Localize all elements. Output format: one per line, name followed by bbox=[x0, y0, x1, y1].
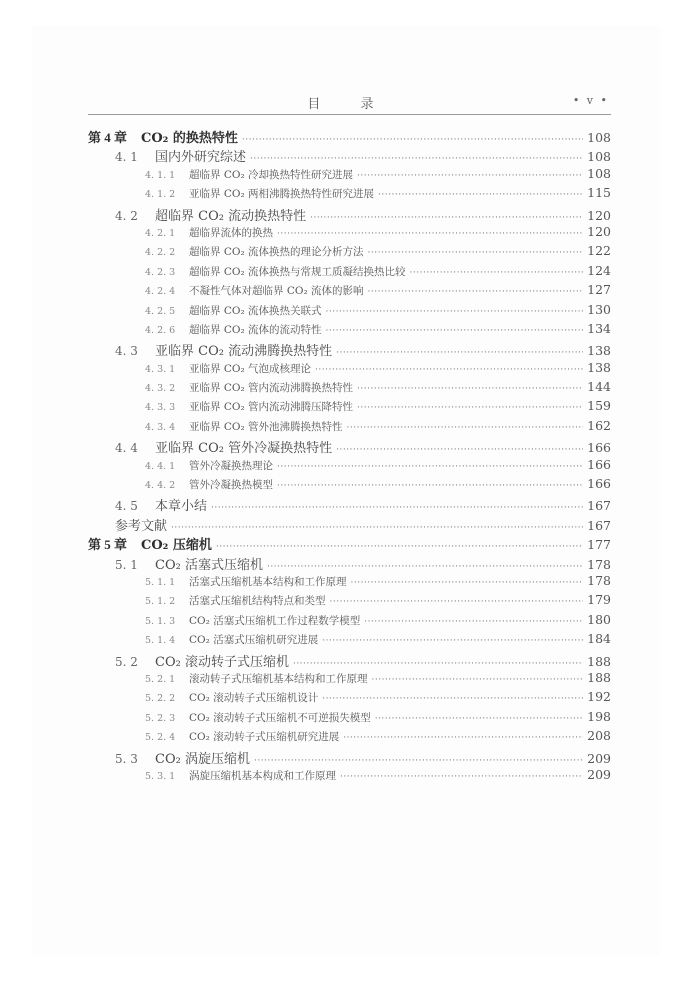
toc-number: 4. 5 bbox=[115, 499, 155, 513]
toc-number: 4. 1. 1 bbox=[145, 170, 189, 181]
toc-page-number: 134 bbox=[587, 321, 611, 336]
dot-leader bbox=[326, 307, 583, 317]
toc-subsection[interactable]: 4. 3. 1亚临界 CO₂ 气泡成核理论138 bbox=[88, 360, 611, 379]
toc-number: 4. 1. 2 bbox=[145, 189, 189, 200]
dot-leader bbox=[364, 617, 583, 627]
toc-title: 超临界 CO₂ 冷却换热特性研究进展 bbox=[189, 167, 353, 182]
header-page-number: • v • bbox=[573, 94, 609, 107]
dot-leader bbox=[357, 384, 583, 394]
toc-title: CO₂ 滚动转子式压缩机 bbox=[155, 651, 289, 670]
toc-number: 4. 2. 6 bbox=[145, 325, 189, 336]
toc-number: 4. 4. 1 bbox=[145, 461, 189, 472]
toc-number: 4. 1 bbox=[115, 150, 155, 164]
toc-number: 4. 3. 3 bbox=[145, 402, 189, 413]
toc-title: 亚临界 CO₂ 管外冷凝换热特性 bbox=[155, 437, 332, 456]
toc-number: 4. 3. 2 bbox=[145, 383, 189, 394]
dot-leader bbox=[171, 523, 583, 533]
toc-page-number: 144 bbox=[587, 379, 611, 394]
toc-title: CO₂ 涡旋压缩机 bbox=[155, 748, 250, 767]
toc-title: 本章小结 bbox=[155, 495, 207, 514]
toc-page-number: 209 bbox=[587, 751, 611, 766]
dot-leader bbox=[378, 190, 583, 200]
toc-title: CO₂ 的换热特性 bbox=[141, 127, 238, 146]
toc-number: 5. 3 bbox=[115, 752, 155, 766]
toc-page-number: 188 bbox=[587, 670, 611, 685]
dot-leader bbox=[368, 248, 583, 258]
toc-title: 超临界 CO₂ 流动换热特性 bbox=[155, 205, 306, 224]
toc-title: 参考文献 bbox=[115, 515, 167, 534]
toc-subsection[interactable]: 5. 2. 4CO₂ 滚动转子式压缩机研究进展208 bbox=[88, 728, 611, 747]
dot-leader bbox=[277, 229, 583, 239]
toc-page-number: 138 bbox=[587, 343, 611, 358]
dot-leader bbox=[343, 733, 583, 743]
toc-section[interactable]: 5. 1CO₂ 活塞式压缩机178 bbox=[88, 554, 611, 573]
dot-leader bbox=[250, 154, 583, 164]
toc-chapter[interactable]: 第 5 章CO₂ 压缩机177 bbox=[88, 534, 611, 553]
dot-leader bbox=[340, 772, 583, 782]
toc-title: 亚临界 CO₂ 管外池沸腾换热特性 bbox=[189, 419, 343, 434]
toc-page-number: 124 bbox=[587, 263, 611, 278]
toc-section[interactable]: 4. 5本章小结167 bbox=[88, 495, 611, 514]
dot-leader bbox=[326, 326, 583, 336]
dot-leader bbox=[277, 481, 583, 491]
toc-page-number: 162 bbox=[587, 418, 611, 433]
dot-leader bbox=[336, 445, 583, 455]
dot-leader bbox=[336, 348, 583, 358]
dot-leader bbox=[410, 268, 583, 278]
toc-title: 亚临界 CO₂ 流动沸腾换热特性 bbox=[155, 340, 332, 359]
toc-title: CO₂ 滚动转子式压缩机研究进展 bbox=[189, 729, 339, 744]
toc-subsection[interactable]: 4. 2. 3超临界 CO₂ 流体换热与常规工质凝结换热比较124 bbox=[88, 263, 611, 282]
toc-subsection[interactable]: 5. 2. 2CO₂ 滚动转子式压缩机设计192 bbox=[88, 689, 611, 708]
toc-subsection[interactable]: 4. 2. 1超临界流体的换热120 bbox=[88, 224, 611, 243]
dot-leader bbox=[322, 694, 583, 704]
toc-number: 4. 3. 4 bbox=[145, 422, 189, 433]
toc-subsection[interactable]: 4. 4. 1管外冷凝换热理论166 bbox=[88, 457, 611, 476]
toc-subsection[interactable]: 4. 2. 4不凝性气体对超临界 CO₂ 流体的影响127 bbox=[88, 282, 611, 301]
toc-title: 管外冷凝换热模型 bbox=[189, 477, 273, 492]
toc-number: 5. 3. 1 bbox=[145, 771, 189, 782]
toc-number: 5. 2. 2 bbox=[145, 693, 189, 704]
dot-leader bbox=[357, 171, 583, 181]
toc-page-number: 127 bbox=[587, 282, 611, 297]
toc-page-number: 184 bbox=[587, 631, 611, 646]
toc-subsection[interactable]: 4. 1. 1超临界 CO₂ 冷却换热特性研究进展108 bbox=[88, 166, 611, 185]
toc-number: 5. 1. 3 bbox=[145, 616, 189, 627]
dot-leader bbox=[277, 462, 583, 472]
toc-number: 5. 2. 1 bbox=[145, 674, 189, 685]
toc-page-number: 159 bbox=[587, 398, 611, 413]
toc-number: 第 5 章 bbox=[88, 534, 127, 553]
toc-page-number: 180 bbox=[587, 612, 611, 627]
toc-title: 超临界 CO₂ 流体换热关联式 bbox=[189, 303, 322, 318]
toc-title: 不凝性气体对超临界 CO₂ 流体的影响 bbox=[189, 283, 364, 298]
toc-title: CO₂ 滚动转子式压缩机设计 bbox=[189, 690, 318, 705]
dot-leader bbox=[372, 675, 584, 685]
toc-page-number: 166 bbox=[587, 457, 611, 472]
toc-title: CO₂ 压缩机 bbox=[141, 534, 212, 553]
toc-title: 超临界 CO₂ 流体的流动特性 bbox=[189, 322, 322, 337]
toc-number: 4. 3 bbox=[115, 344, 155, 358]
toc-subsection[interactable]: 4. 1. 2亚临界 CO₂ 两相沸腾换热特性研究进展115 bbox=[88, 185, 611, 204]
toc-section[interactable]: 4. 1国内外研究综述108 bbox=[88, 146, 611, 165]
toc-page-number: 115 bbox=[587, 185, 611, 200]
toc-subsection[interactable]: 4. 3. 3亚临界 CO₂ 管内流动沸腾压降特性159 bbox=[88, 398, 611, 417]
toc-number: 第 4 章 bbox=[88, 127, 127, 146]
toc-title: 管外冷凝换热理论 bbox=[189, 458, 273, 473]
dot-leader bbox=[315, 365, 583, 375]
toc-subsection[interactable]: 4. 3. 4亚临界 CO₂ 管外池沸腾换热特性162 bbox=[88, 418, 611, 437]
toc-number: 5. 1 bbox=[115, 558, 155, 572]
toc-number: 5. 1. 1 bbox=[145, 577, 189, 588]
toc-number: 5. 2. 4 bbox=[145, 732, 189, 743]
toc-page-number: 178 bbox=[587, 573, 611, 588]
toc-title: 亚临界 CO₂ 管内流动沸腾压降特性 bbox=[189, 399, 353, 414]
toc-page-number: 108 bbox=[587, 166, 611, 181]
toc-subsection[interactable]: 4. 2. 6超临界 CO₂ 流体的流动特性134 bbox=[88, 321, 611, 340]
toc-number: 5. 1. 4 bbox=[145, 635, 189, 646]
toc-title: CO₂ 滚动转子式压缩机不可逆损失模型 bbox=[189, 710, 371, 725]
toc-page-number: 138 bbox=[587, 360, 611, 375]
toc-section[interactable]: 5. 2CO₂ 滚动转子式压缩机188 bbox=[88, 651, 611, 670]
toc-references[interactable]: 参考文献167 bbox=[88, 515, 611, 534]
toc-number: 4. 2. 5 bbox=[145, 306, 189, 317]
toc-page-number: 167 bbox=[587, 498, 611, 513]
dot-leader bbox=[254, 756, 583, 766]
toc-subsection[interactable]: 5. 3. 1涡旋压缩机基本构成和工作原理209 bbox=[88, 767, 611, 786]
dot-leader bbox=[310, 213, 583, 223]
toc-title: 亚临界 CO₂ 两相沸腾换热特性研究进展 bbox=[189, 186, 374, 201]
toc-number: 5. 1. 2 bbox=[145, 596, 189, 607]
toc-page-number: 177 bbox=[587, 537, 611, 552]
toc-page-number: 167 bbox=[587, 518, 611, 533]
toc-page-number: 178 bbox=[587, 557, 611, 572]
dot-leader bbox=[368, 287, 583, 297]
toc-subsection[interactable]: 4. 2. 2超临界 CO₂ 流体换热的理论分析方法122 bbox=[88, 243, 611, 262]
toc-subsection[interactable]: 4. 4. 2管外冷凝换热模型166 bbox=[88, 476, 611, 495]
toc-number: 4. 4. 2 bbox=[145, 480, 189, 491]
toc-title: 亚临界 CO₂ 管内流动沸腾换热特性 bbox=[189, 380, 353, 395]
toc-title: CO₂ 活塞式压缩机工作过程数学模型 bbox=[189, 613, 360, 628]
toc-section[interactable]: 5. 3CO₂ 涡旋压缩机209 bbox=[88, 748, 611, 767]
toc-subsection[interactable]: 5. 2. 3CO₂ 滚动转子式压缩机不可逆损失模型198 bbox=[88, 709, 611, 728]
toc-title: 滚动转子式压缩机基本结构和工作原理 bbox=[189, 671, 368, 686]
toc-page-number: 188 bbox=[587, 654, 611, 669]
running-header: 目 录 • v • bbox=[88, 92, 611, 115]
dot-leader bbox=[211, 503, 583, 513]
table-of-contents: 第 4 章CO₂ 的换热特性1084. 1国内外研究综述1084. 1. 1超临… bbox=[88, 127, 611, 786]
toc-title: CO₂ 活塞式压缩机研究进展 bbox=[189, 632, 318, 647]
toc-title: 涡旋压缩机基本构成和工作原理 bbox=[189, 768, 336, 783]
toc-title: CO₂ 活塞式压缩机 bbox=[155, 554, 263, 573]
dot-leader bbox=[347, 423, 583, 433]
dot-leader bbox=[375, 714, 583, 724]
dot-leader bbox=[293, 659, 583, 669]
toc-number: 4. 2. 1 bbox=[145, 228, 189, 239]
toc-subsection[interactable]: 5. 1. 4CO₂ 活塞式压缩机研究进展184 bbox=[88, 631, 611, 650]
toc-page-number: 198 bbox=[587, 709, 611, 724]
toc-subsection[interactable]: 5. 1. 2活塞式压缩机结构特点和类型179 bbox=[88, 592, 611, 611]
toc-page-number: 166 bbox=[587, 476, 611, 491]
dot-leader bbox=[267, 562, 583, 572]
toc-number: 4. 2. 2 bbox=[145, 247, 189, 258]
toc-subsection[interactable]: 4. 3. 2亚临界 CO₂ 管内流动沸腾换热特性144 bbox=[88, 379, 611, 398]
toc-page-number: 208 bbox=[587, 728, 611, 743]
toc-page-number: 130 bbox=[587, 302, 611, 317]
toc-chapter[interactable]: 第 4 章CO₂ 的换热特性108 bbox=[88, 127, 611, 146]
toc-number: 4. 2. 3 bbox=[145, 267, 189, 278]
toc-page-number: 120 bbox=[587, 224, 611, 239]
toc-number: 4. 2 bbox=[115, 209, 155, 223]
toc-number: 5. 2. 3 bbox=[145, 713, 189, 724]
header-title: 目 录 bbox=[88, 93, 611, 112]
toc-page-number: 108 bbox=[587, 130, 611, 145]
dot-leader bbox=[351, 578, 584, 588]
dot-leader bbox=[242, 135, 583, 145]
toc-number: 4. 4 bbox=[115, 441, 155, 455]
toc-section[interactable]: 4. 4亚临界 CO₂ 管外冷凝换热特性166 bbox=[88, 437, 611, 456]
toc-subsection[interactable]: 5. 1. 1活塞式压缩机基本结构和工作原理178 bbox=[88, 573, 611, 592]
toc-page-number: 108 bbox=[587, 149, 611, 164]
toc-title: 活塞式压缩机基本结构和工作原理 bbox=[189, 574, 347, 589]
toc-number: 4. 2. 4 bbox=[145, 286, 189, 297]
toc-page-number: 209 bbox=[587, 767, 611, 782]
toc-title: 超临界 CO₂ 流体换热与常规工质凝结换热比较 bbox=[189, 264, 406, 279]
toc-subsection[interactable]: 4. 2. 5超临界 CO₂ 流体换热关联式130 bbox=[88, 302, 611, 321]
dot-leader bbox=[216, 542, 583, 552]
dot-leader bbox=[357, 403, 583, 413]
toc-section[interactable]: 4. 2超临界 CO₂ 流动换热特性120 bbox=[88, 205, 611, 224]
toc-page-number: 120 bbox=[587, 208, 611, 223]
toc-number: 4. 3. 1 bbox=[145, 364, 189, 375]
toc-subsection[interactable]: 5. 2. 1滚动转子式压缩机基本结构和工作原理188 bbox=[88, 670, 611, 689]
toc-page-number: 122 bbox=[587, 243, 611, 258]
toc-subsection[interactable]: 5. 1. 3CO₂ 活塞式压缩机工作过程数学模型180 bbox=[88, 612, 611, 631]
toc-number: 5. 2 bbox=[115, 655, 155, 669]
toc-title: 国内外研究综述 bbox=[155, 146, 246, 165]
toc-title: 亚临界 CO₂ 气泡成核理论 bbox=[189, 361, 311, 376]
toc-page-number: 179 bbox=[587, 592, 611, 607]
toc-section[interactable]: 4. 3亚临界 CO₂ 流动沸腾换热特性138 bbox=[88, 340, 611, 359]
dot-leader bbox=[322, 636, 583, 646]
toc-page-number: 166 bbox=[587, 440, 611, 455]
toc-title: 活塞式压缩机结构特点和类型 bbox=[189, 593, 326, 608]
dot-leader bbox=[330, 597, 584, 607]
toc-page-number: 192 bbox=[587, 689, 611, 704]
toc-title: 超临界流体的换热 bbox=[189, 225, 273, 240]
toc-title: 超临界 CO₂ 流体换热的理论分析方法 bbox=[189, 244, 364, 259]
